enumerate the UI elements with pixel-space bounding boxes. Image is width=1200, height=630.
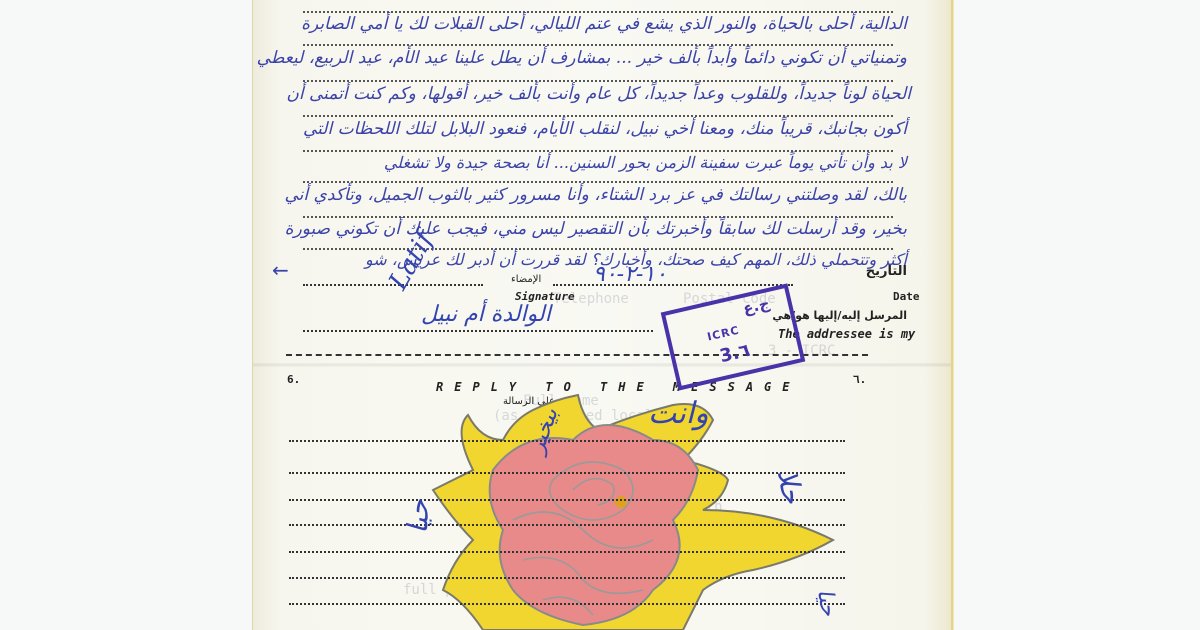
stamp-top-text: ج.ع <box>741 294 771 318</box>
reply-note-3: حلا <box>771 467 809 506</box>
letter-page: Telephone Postal code 3 - ICRC Full name… <box>252 0 953 630</box>
stamp-middle-text: ICRC <box>706 324 741 344</box>
left-arrow-icon: ← <box>272 258 289 282</box>
reply-dotted-line <box>289 472 845 474</box>
reply-dotted-line <box>289 577 845 579</box>
stamp-number: 3.٦ <box>718 340 752 367</box>
rose-drawing-icon <box>253 0 951 630</box>
reply-note-4: حيا <box>401 499 435 534</box>
reply-dotted-line <box>289 603 845 605</box>
reply-dotted-line <box>289 499 845 501</box>
reply-note-5: حيا <box>812 587 841 618</box>
reply-note-1: وانت <box>648 396 709 431</box>
reply-dotted-line <box>289 524 845 526</box>
reply-dotted-line <box>289 551 845 553</box>
reply-dotted-line <box>289 440 845 442</box>
rose-center <box>615 496 627 508</box>
